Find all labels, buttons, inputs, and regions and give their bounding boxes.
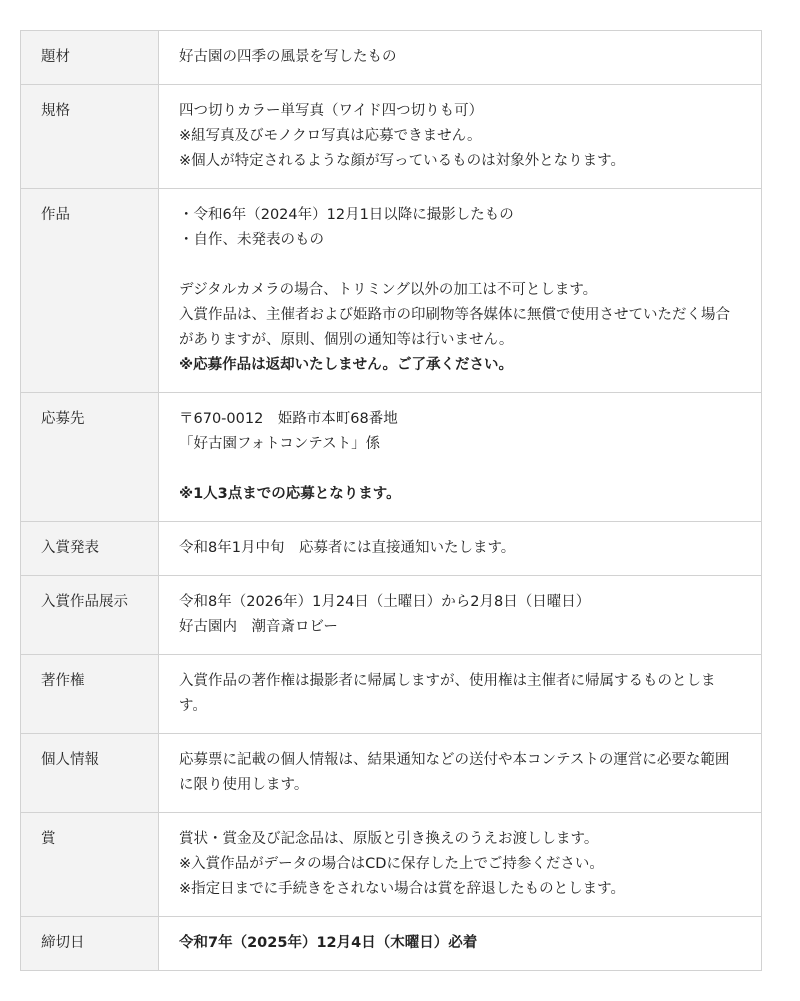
value-line: ※入賞作品がデータの場合はCDに保存した上でご持参ください。 xyxy=(179,852,743,877)
value-line: 令和8年1月中旬 応募者には直接通知いたします。 xyxy=(179,536,743,561)
row-label: 応募先 xyxy=(21,393,159,522)
notice-line: ※1人3点までの応募となります。 xyxy=(179,482,743,507)
blank-line xyxy=(179,253,743,278)
value-line: 賞状・賞金及び記念品は、原版と引き換えのうえお渡しします。 xyxy=(179,827,743,852)
value-line: ※指定日までに手続きをされない場合は賞を辞退したものとします。 xyxy=(179,877,743,902)
table-row-spec: 規格 四つ切りカラー単写真（ワイド四つ切りも可） ※組写真及びモノクロ写真は応募… xyxy=(21,85,762,189)
table-row-exhibition: 入賞作品展示 令和8年（2026年）1月24日（土曜日）から2月8日（日曜日） … xyxy=(21,576,762,655)
table-row-privacy: 個人情報 応募票に記載の個人情報は、結果通知などの送付や本コンテストの運営に必要… xyxy=(21,734,762,813)
table-row-prize: 賞 賞状・賞金及び記念品は、原版と引き換えのうえお渡しします。 ※入賞作品がデー… xyxy=(21,813,762,917)
value-line: ※個人が特定されるような顔が写っているものは対象外となります。 xyxy=(179,149,743,174)
address-line: 「好古園フォトコンテスト」係 xyxy=(179,432,743,457)
contest-info-table: 題材 好古園の四季の風景を写したもの 規格 四つ切りカラー単写真（ワイド四つ切り… xyxy=(20,30,762,971)
row-value: 好古園の四季の風景を写したもの xyxy=(159,31,762,85)
table-row-subject: 題材 好古園の四季の風景を写したもの xyxy=(21,31,762,85)
row-label: 入賞作品展示 xyxy=(21,576,159,655)
value-line: ・自作、未発表のもの xyxy=(179,228,743,253)
row-value: 〒670-0012 姫路市本町68番地 「好古園フォトコンテスト」係 ※1人3点… xyxy=(159,393,762,522)
value-line: 四つ切りカラー単写真（ワイド四つ切りも可） xyxy=(179,99,743,124)
row-label: 著作権 xyxy=(21,655,159,734)
row-value: 四つ切りカラー単写真（ワイド四つ切りも可） ※組写真及びモノクロ写真は応募できま… xyxy=(159,85,762,189)
blank-line xyxy=(179,457,743,482)
row-label: 入賞発表 xyxy=(21,522,159,576)
row-value: 令和8年1月中旬 応募者には直接通知いたします。 xyxy=(159,522,762,576)
address-line: 〒670-0012 姫路市本町68番地 xyxy=(179,407,743,432)
notice-line: ※応募作品は返却いたしません。ご了承ください。 xyxy=(179,353,743,378)
value-line: 入賞作品は、主催者および姫路市の印刷物等各媒体に無償で使用させていただく場合があ… xyxy=(179,303,743,353)
value-line: 応募票に記載の個人情報は、結果通知などの送付や本コンテストの運営に必要な範囲に限… xyxy=(179,748,743,798)
deadline-text: 令和7年（2025年）12月4日（木曜日）必着 xyxy=(179,931,743,956)
row-value: 令和8年（2026年）1月24日（土曜日）から2月8日（日曜日） 好古園内 潮音… xyxy=(159,576,762,655)
row-value: 応募票に記載の個人情報は、結果通知などの送付や本コンテストの運営に必要な範囲に限… xyxy=(159,734,762,813)
table-row-announcement: 入賞発表 令和8年1月中旬 応募者には直接通知いたします。 xyxy=(21,522,762,576)
row-label: 規格 xyxy=(21,85,159,189)
table-row-copyright: 著作権 入賞作品の著作権は撮影者に帰属しますが、使用権は主催者に帰属するものとし… xyxy=(21,655,762,734)
value-line: ※組写真及びモノクロ写真は応募できません。 xyxy=(179,124,743,149)
row-value: 令和7年（2025年）12月4日（木曜日）必着 xyxy=(159,917,762,971)
value-line: 好古園内 潮音斎ロビー xyxy=(179,615,743,640)
row-label: 個人情報 xyxy=(21,734,159,813)
row-value: 賞状・賞金及び記念品は、原版と引き換えのうえお渡しします。 ※入賞作品がデータの… xyxy=(159,813,762,917)
value-line: ・令和6年（2024年）12月1日以降に撮影したもの xyxy=(179,203,743,228)
table-row-works: 作品 ・令和6年（2024年）12月1日以降に撮影したもの ・自作、未発表のもの… xyxy=(21,189,762,393)
row-value: 入賞作品の著作権は撮影者に帰属しますが、使用権は主催者に帰属するものとします。 xyxy=(159,655,762,734)
row-label: 締切日 xyxy=(21,917,159,971)
row-label: 作品 xyxy=(21,189,159,393)
table-row-deadline: 締切日 令和7年（2025年）12月4日（木曜日）必着 xyxy=(21,917,762,971)
row-label: 賞 xyxy=(21,813,159,917)
row-value: ・令和6年（2024年）12月1日以降に撮影したもの ・自作、未発表のもの デジ… xyxy=(159,189,762,393)
value-line: 入賞作品の著作権は撮影者に帰属しますが、使用権は主催者に帰属するものとします。 xyxy=(179,669,743,719)
value-line: 好古園の四季の風景を写したもの xyxy=(179,45,743,70)
value-line: 令和8年（2026年）1月24日（土曜日）から2月8日（日曜日） xyxy=(179,590,743,615)
row-label: 題材 xyxy=(21,31,159,85)
table-row-submit-to: 応募先 〒670-0012 姫路市本町68番地 「好古園フォトコンテスト」係 ※… xyxy=(21,393,762,522)
value-line: デジタルカメラの場合、トリミング以外の加工は不可とします。 xyxy=(179,278,743,303)
